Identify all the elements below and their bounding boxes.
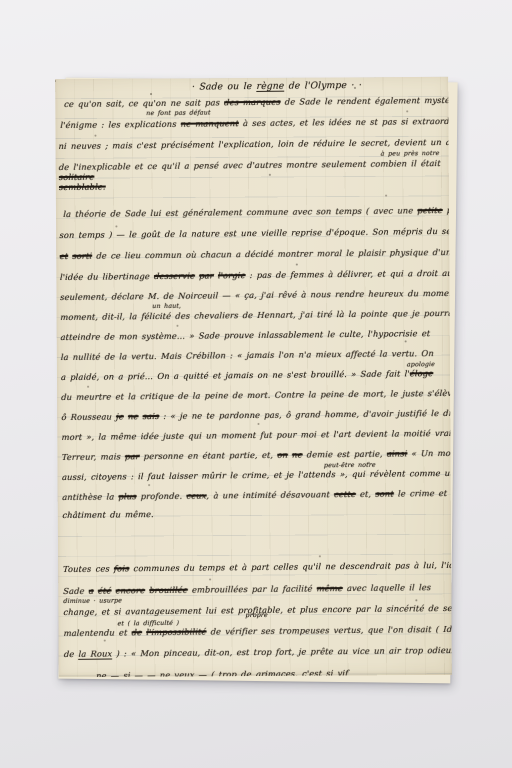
struck-word: sont bbox=[375, 489, 394, 499]
struck-word: ne bbox=[292, 449, 303, 459]
manuscript-line: la théorie de Sade lui est généralement … bbox=[63, 205, 452, 219]
manuscript-line: ce qu'on sait, ce qu'on ne sait pas des … bbox=[64, 94, 452, 109]
word-run: Terreur, mais bbox=[62, 451, 126, 462]
manuscript-line: antithèse la plus profonde. ceux, à une … bbox=[62, 488, 452, 502]
struck-word: par bbox=[125, 451, 140, 461]
word-run: de l'Olympe · · bbox=[284, 80, 362, 92]
manuscript-line: aussi, citoyens : il faut laisser mûrir … bbox=[62, 468, 452, 482]
struck-word: cette bbox=[334, 489, 356, 499]
word-run: : pas de femmes à délivrer, et qui a dro… bbox=[245, 268, 451, 280]
manuscript-line: l'idée du libertinage desservie par l'or… bbox=[60, 268, 452, 282]
word-run: et, bbox=[356, 489, 376, 499]
manuscript-line: diminue · usurpe bbox=[63, 597, 122, 605]
word-run: ô Rousseau bbox=[61, 411, 116, 422]
underlined-word: règne bbox=[256, 81, 284, 92]
word-run: ni neuves ; mais c'est précisément l'exp… bbox=[58, 137, 451, 151]
struck-word: petite bbox=[417, 205, 443, 215]
word-run: ce qu'on sait, ce qu'on ne sait pas bbox=[64, 97, 224, 109]
word-run: ne font pas défaut bbox=[146, 109, 211, 117]
struck-word: desservie bbox=[154, 271, 195, 281]
struck-word: même bbox=[317, 583, 343, 593]
word-run: Sade bbox=[63, 586, 89, 596]
word-run: , à une intimité désavouant bbox=[206, 489, 334, 500]
word-run: personne en étant partie, et, bbox=[139, 450, 277, 461]
struck-word: on bbox=[277, 450, 288, 460]
struck-word: ceux bbox=[186, 490, 206, 500]
word-run: : « je ne te pardonne pas, ô grand homme… bbox=[159, 408, 452, 421]
word-run: la nullité de la vertu. Mais Crébillon :… bbox=[61, 348, 435, 362]
struck-word: l'impossibilité bbox=[146, 627, 207, 638]
manuscript-line: et sorti de ce lieu commun où chacun a d… bbox=[60, 246, 452, 261]
word-run: l'énigme : les explications bbox=[60, 119, 181, 130]
struck-word: l'orgie bbox=[218, 270, 246, 280]
photo-backdrop: · Sade ou le règne de l'Olympe · ·ce qu'… bbox=[0, 0, 512, 768]
struck-word: sais bbox=[142, 411, 159, 421]
struck-word: des marques bbox=[224, 97, 281, 108]
word-run: profonde. bbox=[136, 491, 186, 502]
ink-specks bbox=[55, 80, 56, 82]
manuscript-line: a plaidé, on a prié... On a quitté et ja… bbox=[61, 368, 434, 382]
word-run: diminue · usurpe bbox=[63, 597, 122, 605]
manuscript-line: moment, dit-il, la félicité des chevalie… bbox=[60, 308, 452, 322]
word-run: malentendu et bbox=[63, 627, 131, 638]
word-run: de Sade le rendent également mystérieux. bbox=[280, 95, 451, 107]
manuscript-title: · Sade ou le règne de l'Olympe · · bbox=[192, 80, 362, 93]
word-run: antithèse la bbox=[62, 491, 119, 502]
manuscript-line: châtiment du même. bbox=[62, 509, 154, 520]
struck-word: fois bbox=[114, 563, 130, 573]
word-run: son temps ) — le goût de la nature est u… bbox=[59, 226, 452, 240]
manuscript-line: atteindre de mon système... » Sade prouv… bbox=[60, 328, 430, 342]
manuscript-line: ne font pas défaut bbox=[146, 109, 211, 117]
word-run: de ce lieu commun où chacun a décidé mon… bbox=[92, 246, 452, 260]
word-run: · Sade ou le bbox=[192, 81, 257, 93]
underlined-word: la Roux bbox=[78, 648, 112, 658]
word-run: aussi, citoyens : il faut laisser mûrir … bbox=[62, 468, 452, 482]
manuscript-line: à peu près notre bbox=[381, 150, 440, 158]
manuscript-line: de la Roux ) : « Mon pinceau, dit-on, es… bbox=[64, 645, 452, 659]
manuscript-line: du meurtre et la critique de la peine de… bbox=[61, 388, 452, 402]
word-run: moment, dit-il, la félicité des chevalie… bbox=[60, 308, 452, 322]
struck-word: par bbox=[199, 270, 214, 280]
word-run: du meurtre et la critique de la peine de… bbox=[61, 388, 452, 402]
word-run: de l'inexplicable et ce qu'il a pensé av… bbox=[59, 158, 441, 172]
manuscript-line: son temps ) — le goût de la nature est u… bbox=[59, 226, 452, 240]
word-run: châtiment du même. bbox=[62, 509, 154, 520]
struck-word: sorti bbox=[72, 251, 92, 261]
word-run: atteindre de mon système... » Sade prouv… bbox=[60, 328, 430, 342]
struck-word: semblable. bbox=[59, 182, 106, 192]
word-run: de bbox=[64, 649, 79, 659]
word-run: à peu près notre bbox=[381, 150, 440, 158]
word-run: à ses actes, et les idées ne st pas si e… bbox=[239, 116, 452, 129]
struck-word: éloge bbox=[410, 368, 434, 378]
manuscript-line: ni neuves ; mais c'est précisément l'exp… bbox=[58, 137, 451, 151]
word-run: communes du temps et à part celles qu'il… bbox=[129, 560, 452, 574]
manuscript-line: solitaire bbox=[59, 172, 95, 182]
struck-word: été bbox=[98, 585, 112, 595]
word-run: de vérifier ses trompeuses vertus, que l… bbox=[206, 624, 452, 637]
manuscript-line: Sade a été encore brouillée embrouillées… bbox=[63, 582, 431, 596]
manuscript-line: la nullité de la vertu. Mais Crébillon :… bbox=[61, 348, 435, 362]
manuscript-line: de l'inexplicable et ce qu'il a pensé av… bbox=[59, 158, 441, 172]
word-run: la théorie de Sade lui est généralement … bbox=[63, 205, 418, 219]
word-run: ) : « Mon pinceau, dit-on, est trop fort… bbox=[112, 645, 452, 659]
word-run: l'idée du libertinage bbox=[60, 271, 155, 282]
word-run: embrouillées par la facilité bbox=[188, 583, 317, 594]
manuscript-line: mort », la même idée juste qui un moment… bbox=[61, 428, 451, 442]
word-run: demie est partie, bbox=[302, 449, 387, 460]
word-run: Toutes ces bbox=[63, 563, 114, 574]
word-run: mort », la même idée juste qui un moment… bbox=[61, 428, 451, 442]
manuscript-line: seulement, déclare M. de Noirceuil — « ç… bbox=[60, 288, 452, 302]
struck-word: plus bbox=[118, 491, 136, 501]
word-run: avec laquelle il les bbox=[343, 582, 432, 593]
manuscript-line: Toutes ces fois communes du temps et à p… bbox=[63, 560, 452, 574]
struck-word: encore bbox=[115, 585, 145, 595]
manuscript-line: semblable. bbox=[59, 182, 106, 192]
word-run: le crime et le bbox=[394, 488, 452, 499]
struck-word: ne manquent bbox=[181, 118, 239, 129]
struck-word: brouillée bbox=[149, 585, 188, 595]
manuscript-line: un haut, bbox=[152, 303, 181, 310]
word-run: a plaidé, on a prié... On a quitté et ja… bbox=[61, 368, 410, 382]
struck-word: ne bbox=[128, 411, 139, 421]
manuscript-line: l'énigme : les explications ne manquent … bbox=[60, 116, 452, 130]
struck-word: ainsi bbox=[387, 448, 408, 458]
manuscript-line: change, et si avantageusement lui est pr… bbox=[63, 603, 452, 617]
struck-word: solitaire bbox=[59, 172, 95, 182]
word-run: change, et si avantageusement lui est pr… bbox=[63, 603, 452, 617]
word-run: « Un moment bbox=[407, 448, 452, 459]
word-run: seulement, déclare M. de Noirceuil — « ç… bbox=[60, 288, 452, 302]
word-run: un haut, bbox=[152, 303, 181, 310]
manuscript-page: · Sade ou le règne de l'Olympe · ·ce qu'… bbox=[55, 77, 452, 677]
handwriting-layer: · Sade ou le règne de l'Olympe · ·ce qu'… bbox=[55, 77, 452, 677]
manuscript-line: Terreur, mais par personne en étant part… bbox=[62, 448, 452, 462]
manuscript-line: ô Rousseau je ne sais : « je ne te pardo… bbox=[61, 408, 452, 422]
